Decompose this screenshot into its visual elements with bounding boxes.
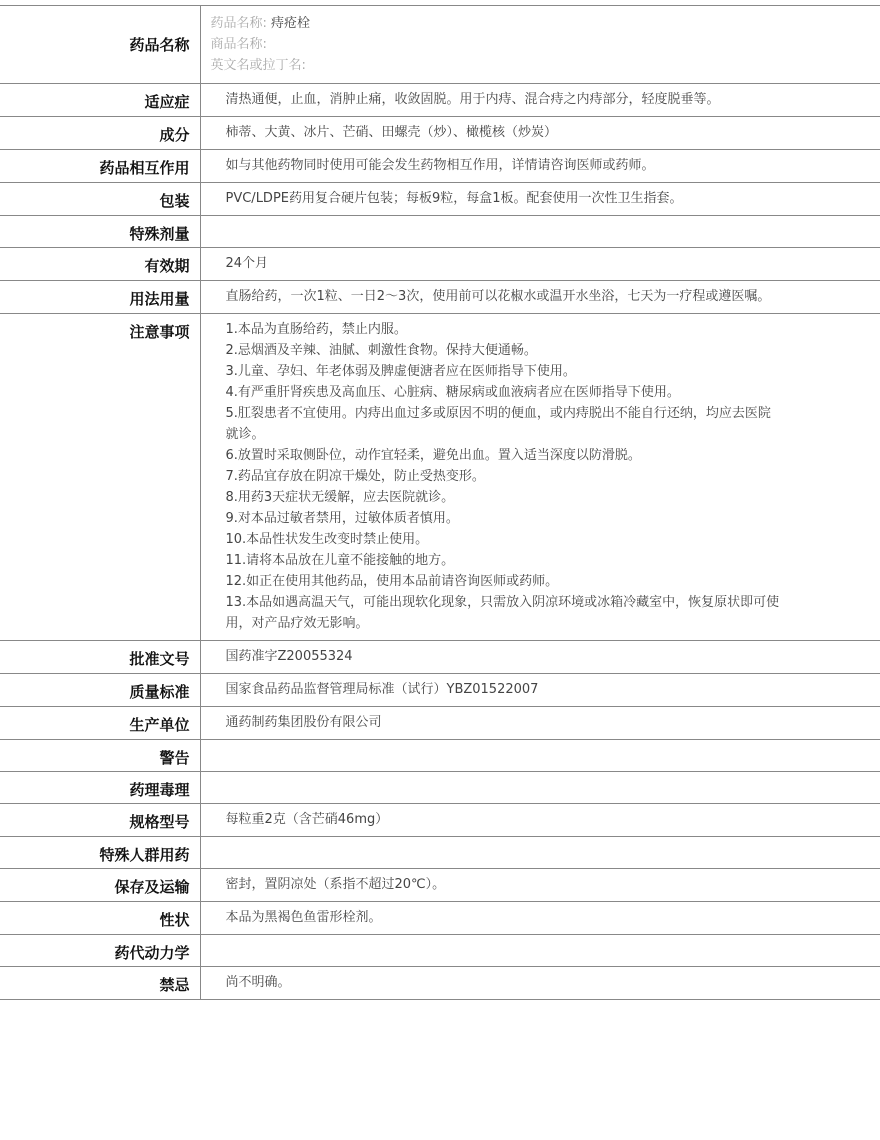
row-special-populations: 特殊人群用药 [0,837,880,869]
label-approval-number: 批准文号 [0,641,200,674]
value-warning [200,740,880,772]
value-approval-number: 国药准字Z20055324 [200,641,880,674]
value-pharmacokinetics [200,935,880,967]
label-precautions: 注意事项 [0,314,200,641]
precaution-item: 10.本品性状发生改变时禁止使用。 [226,529,781,550]
precaution-item: 6.放置时采取侧卧位，动作宜轻柔，避免出血。置入适当深度以防滑脱。 [226,445,781,466]
precaution-item: 8.用药3天症状无缓解，应去医院就诊。 [226,487,781,508]
precaution-item: 3.儿童、孕妇、年老体弱及脾虚便溏者应在医师指导下使用。 [226,361,781,382]
row-manufacturer: 生产单位 通药制药集团股份有限公司 [0,707,880,740]
row-contraindications: 禁忌 尚不明确。 [0,967,880,1000]
row-warning: 警告 [0,740,880,772]
label-contraindications: 禁忌 [0,967,200,1000]
row-quality-standard: 质量标准 国家食品药品监督管理局标准（试行）YBZ01522007 [0,674,880,707]
row-dosage: 用法用量 直肠给药，一次1粒、一日2～3次，使用前可以花椒水或温开水坐浴，七天为… [0,281,880,314]
row-ingredients: 成分 柿蒂、大黄、冰片、芒硝、田螺壳（炒）、橄榄核（炒炭） [0,117,880,150]
precaution-item: 13.本品如遇高温天气，可能出现软化现象，只需放入阴凉环境或冰箱冷藏室中，恢复原… [226,592,781,634]
label-special-populations: 特殊人群用药 [0,837,200,869]
value-dosage: 直肠给药，一次1粒、一日2～3次，使用前可以花椒水或温开水坐浴，七天为一疗程或遵… [200,281,880,314]
trade-name-key: 商品名称: [211,37,267,52]
value-specification: 每粒重2克（含芒硝46mg） [200,804,880,837]
label-drug-name: 药品名称 [0,6,200,84]
label-manufacturer: 生产单位 [0,707,200,740]
row-shelf-life: 有效期 24个月 [0,248,880,281]
generic-name-value: 痔疮栓 [271,16,310,31]
generic-name-key: 药品名称: [211,16,267,31]
row-precautions: 注意事项 1.本品为直肠给药，禁止内服。 2.忌烟酒及辛辣、油腻、刺激性食物。保… [0,314,880,641]
value-pharmacology [200,772,880,804]
precaution-item: 2.忌烟酒及辛辣、油腻、刺激性食物。保持大便通畅。 [226,340,781,361]
value-ingredients: 柿蒂、大黄、冰片、芒硝、田螺壳（炒）、橄榄核（炒炭） [200,117,880,150]
label-interactions: 药品相互作用 [0,150,200,183]
generic-name-line: 药品名称: 痔疮栓 [211,13,781,34]
label-ingredients: 成分 [0,117,200,150]
label-storage: 保存及运输 [0,869,200,902]
row-pharmacokinetics: 药代动力学 [0,935,880,967]
row-pharmacology: 药理毒理 [0,772,880,804]
precaution-item: 9.对本品过敏者禁用，过敏体质者慎用。 [226,508,781,529]
label-shelf-life: 有效期 [0,248,200,281]
trade-name-line: 商品名称: [211,34,781,55]
row-interactions: 药品相互作用 如与其他药物同时使用可能会发生药物相互作用，详情请咨询医师或药师。 [0,150,880,183]
value-packaging: PVC/LDPE药用复合硬片包装；每板9粒，每盒1板。配套使用一次性卫生指套。 [200,183,880,216]
precaution-item: 11.请将本品放在儿童不能接触的地方。 [226,550,781,571]
row-approval-number: 批准文号 国药准字Z20055324 [0,641,880,674]
value-special-dosage [200,216,880,248]
value-shelf-life: 24个月 [200,248,880,281]
label-packaging: 包装 [0,183,200,216]
row-storage: 保存及运输 密封，置阴凉处（系指不超过20℃）。 [0,869,880,902]
label-warning: 警告 [0,740,200,772]
row-drug-name: 药品名称 药品名称: 痔疮栓 商品名称: 英文名或拉丁名: [0,6,880,84]
label-pharmacokinetics: 药代动力学 [0,935,200,967]
label-dosage: 用法用量 [0,281,200,314]
english-name-key: 英文名或拉丁名: [211,58,306,73]
value-precautions: 1.本品为直肠给药，禁止内服。 2.忌烟酒及辛辣、油腻、刺激性食物。保持大便通畅… [200,314,880,641]
row-special-dosage: 特殊剂量 [0,216,880,248]
value-storage: 密封，置阴凉处（系指不超过20℃）。 [200,869,880,902]
value-quality-standard: 国家食品药品监督管理局标准（试行）YBZ01522007 [200,674,880,707]
row-indications: 适应症 清热通便，止血，消肿止痛，收敛固脱。用于内痔、混合痔之内痔部分，轻度脱垂… [0,84,880,117]
precaution-item: 5.肛裂患者不宜使用。内痔出血过多或原因不明的便血，或内痔脱出不能自行还纳，均应… [226,403,781,445]
precaution-item: 7.药品宜存放在阴凉干燥处，防止受热变形。 [226,466,781,487]
row-description: 性状 本品为黑褐色鱼雷形栓剂。 [0,902,880,935]
value-drug-name: 药品名称: 痔疮栓 商品名称: 英文名或拉丁名: [200,6,880,84]
precaution-item: 1.本品为直肠给药，禁止内服。 [226,319,781,340]
row-specification: 规格型号 每粒重2克（含芒硝46mg） [0,804,880,837]
value-interactions: 如与其他药物同时使用可能会发生药物相互作用，详情请咨询医师或药师。 [200,150,880,183]
english-name-line: 英文名或拉丁名: [211,55,781,76]
label-special-dosage: 特殊剂量 [0,216,200,248]
label-indications: 适应症 [0,84,200,117]
label-description: 性状 [0,902,200,935]
label-pharmacology: 药理毒理 [0,772,200,804]
label-specification: 规格型号 [0,804,200,837]
value-description: 本品为黑褐色鱼雷形栓剂。 [200,902,880,935]
label-quality-standard: 质量标准 [0,674,200,707]
value-manufacturer: 通药制药集团股份有限公司 [200,707,880,740]
precaution-item: 12.如正在使用其他药品，使用本品前请咨询医师或药师。 [226,571,781,592]
value-indications: 清热通便，止血，消肿止痛，收敛固脱。用于内痔、混合痔之内痔部分，轻度脱垂等。 [200,84,880,117]
value-contraindications: 尚不明确。 [200,967,880,1000]
row-packaging: 包装 PVC/LDPE药用复合硬片包装；每板9粒，每盒1板。配套使用一次性卫生指… [0,183,880,216]
value-special-populations [200,837,880,869]
precaution-item: 4.有严重肝肾疾患及高血压、心脏病、糖尿病或血液病者应在医师指导下使用。 [226,382,781,403]
drug-spec-table: 药品名称 药品名称: 痔疮栓 商品名称: 英文名或拉丁名: 适应症 清热通便，止… [0,5,880,1000]
